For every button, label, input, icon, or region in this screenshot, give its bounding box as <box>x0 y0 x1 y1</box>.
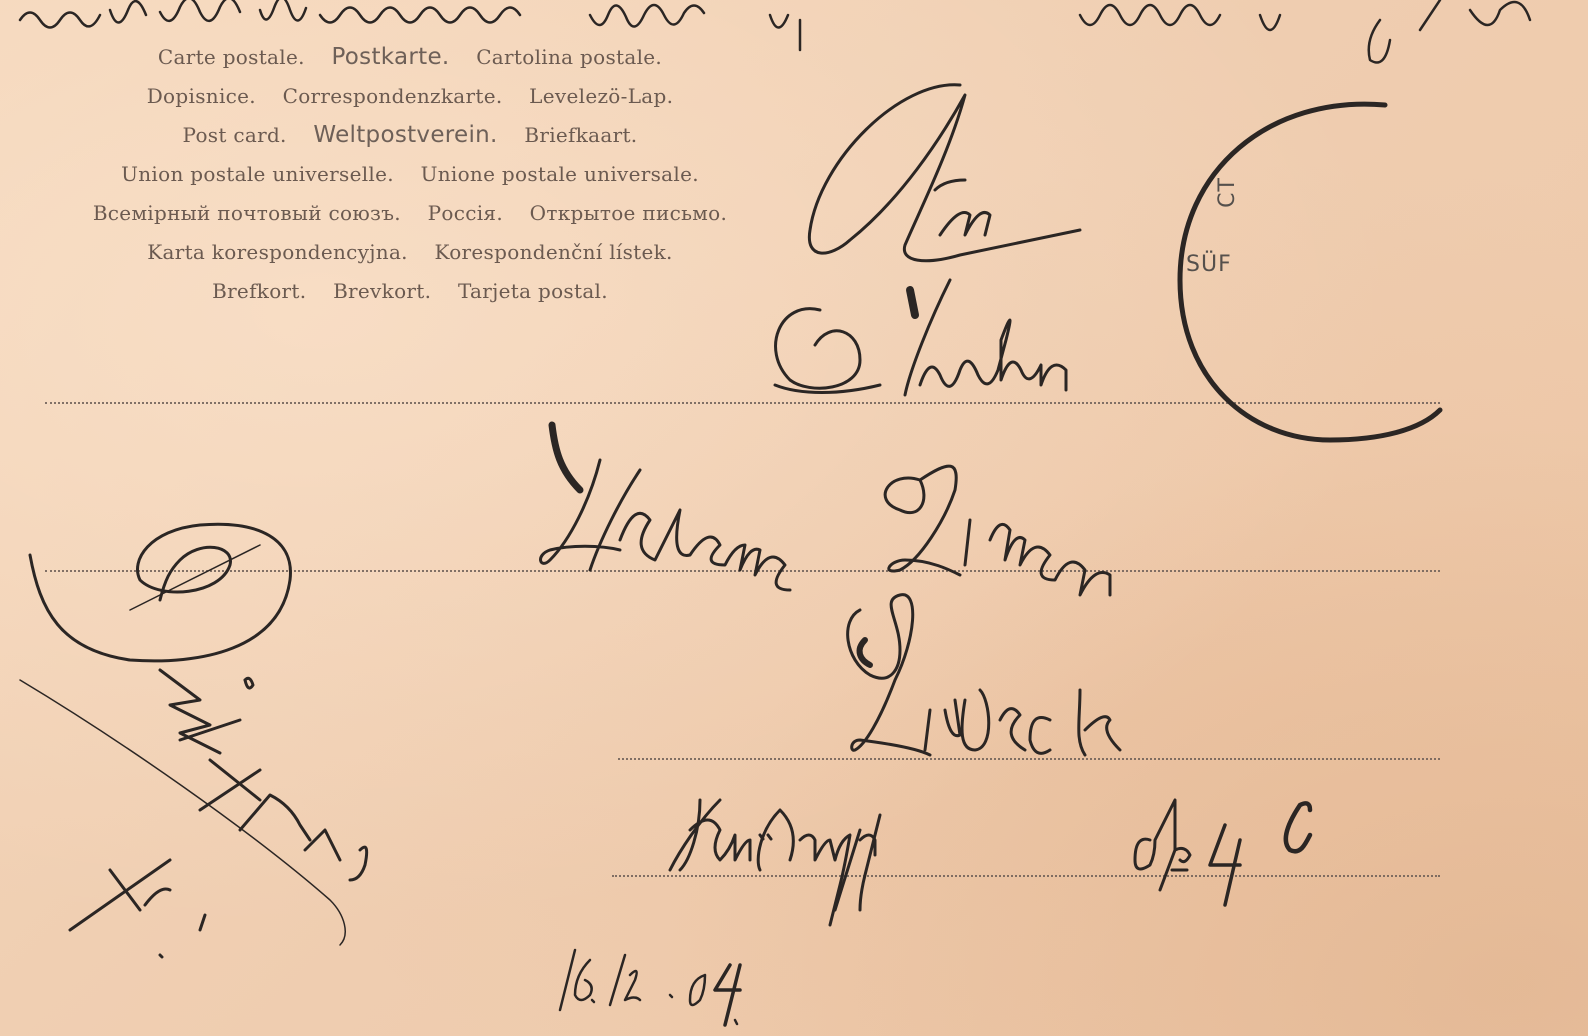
printed-text: Brefkort. <box>212 279 306 303</box>
printed-text: Brevkort. <box>333 279 431 303</box>
printed-text-postkarte: Postkarte. <box>331 44 449 70</box>
printed-row-6: Karta korespondencyjna. Korespondenční l… <box>30 233 790 272</box>
printed-text: Levelezö-Lap. <box>529 84 673 108</box>
address-line-4 <box>612 875 1440 877</box>
printed-text: Carte postale. <box>158 45 305 69</box>
city-text: Lübeck <box>850 680 1072 750</box>
address-line-3 <box>618 758 1440 760</box>
printed-text: Всемірный почтовый союзъ. <box>93 201 401 225</box>
title-text: Fräulein <box>780 320 1037 390</box>
postmark-text-side: SÜF <box>1186 252 1232 277</box>
printed-text: Korespondenční lístek. <box>435 240 673 264</box>
printed-text: Briefkaart. <box>524 123 637 147</box>
name-text: Helene Simon <box>540 490 968 560</box>
date-text: 16. 12. 04. <box>555 945 879 1015</box>
printed-row-5: Всемірный почтовый союзъ. Россія. Открыт… <box>30 194 790 233</box>
salutation-text: An <box>800 160 882 230</box>
top-note-text: (upside-down handwritten note along top … <box>20 0 1111 35</box>
printed-text: Correspondenzkarte. <box>283 84 503 108</box>
left-note-line2: fr.! <box>70 860 128 906</box>
printed-text: Tarjeta postal. <box>458 279 608 303</box>
postmark-text-top: CT <box>1215 177 1240 208</box>
printed-text: Россія. <box>428 201 503 225</box>
printed-text: Karta korespondencyjna. <box>147 240 408 264</box>
printed-text: Cartolina postale. <box>476 45 662 69</box>
left-note-line1: Drucksache <box>30 560 270 606</box>
printed-text: Union postale universelle. <box>121 162 394 186</box>
printed-row-4: Union postale universelle. Unione postal… <box>30 155 790 194</box>
street-text: Neue Straße No 4 c <box>660 800 1264 870</box>
printed-header: Carte postale. Postkarte. Cartolina post… <box>30 38 790 311</box>
postcard: Carte postale. Postkarte. Cartolina post… <box>0 0 1588 1036</box>
printed-text: Unione postale universale. <box>421 162 699 186</box>
printed-text: Post card. <box>183 123 287 147</box>
printed-text-weltpostverein: Weltpostverein. <box>313 122 497 148</box>
printed-text: Открытое письмо. <box>530 201 728 225</box>
printed-row-7: Brefkort. Brevkort. Tarjeta postal. <box>30 272 790 311</box>
printed-row-2: Dopisnice. Correspondenzkarte. Levelezö-… <box>30 77 790 116</box>
printed-row-3: Post card. Weltpostverein. Briefkaart. <box>30 116 790 155</box>
address-line-1 <box>45 402 1440 404</box>
printed-row-1: Carte postale. Postkarte. Cartolina post… <box>30 38 790 77</box>
printed-text: Dopisnice. <box>147 84 256 108</box>
